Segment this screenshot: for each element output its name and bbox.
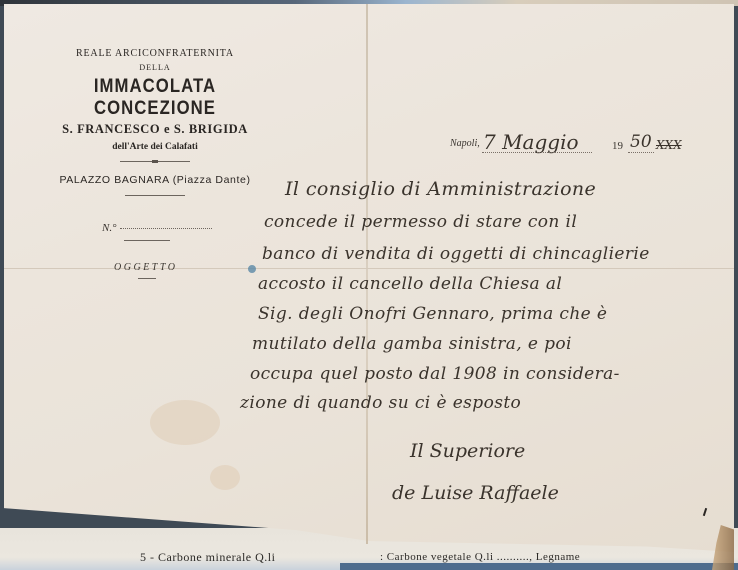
letterhead: REALE ARCICONFRATERNITA DELLA IMMACOLATA… [20,48,290,196]
ornamental-divider [120,161,190,162]
body-line: banco di vendita di oggetti di chincagli… [262,244,650,264]
date-blank [482,152,592,153]
body-line: accosto il cancello della Chiesa al [258,274,562,294]
water-stain [210,465,240,490]
body-line: occupa quel posto dal 1908 in considera- [250,364,620,384]
underlying-sheet-text-right: : Carbone vegetale Q.li .........., Legn… [380,551,580,563]
date-struck-era: XXX [656,138,682,152]
letterhead-saints: S. FRANCESCO e S. BRIGIDA [20,122,290,137]
letterhead-guild: dell'Arte dei Calafati [20,142,290,152]
number-blank [120,228,212,229]
number-field: N.° [102,222,212,234]
body-line: zione di quando su ci è esposto [240,393,521,413]
body-line: Sig. degli Onofri Gennaro, prima che è [258,304,607,324]
date-year-blank [628,152,654,153]
letterhead-line2: DELLA [20,63,290,72]
divider [124,240,170,241]
date-place: Napoli, [450,138,480,149]
divider [125,195,185,196]
date-year-prefix: 19 [612,140,623,152]
water-stain [150,400,220,445]
date-year-handwritten: 50 [630,132,652,152]
underlying-sheet-text-left: 5 - Carbone minerale Q.li [140,550,275,565]
ink-spot [248,265,256,273]
letterhead-line1: REALE ARCICONFRATERNITA [20,48,290,59]
date-day-month: 7 Maggio [483,130,579,154]
signature-title: Il Superiore [410,440,525,462]
body-line: Il consiglio di Amministrazione [285,178,596,200]
body-line: mutilato della gamba sinistra, e poi [252,334,572,354]
letterhead-address: PALAZZO BAGNARA (Piazza Dante) [20,174,290,186]
divider [138,278,156,279]
signature-name: de Luise Raffaele [392,482,559,504]
body-line: concede il permesso di stare con il [264,212,577,232]
blue-fabric-edge [340,563,738,570]
number-label: N.° [102,222,117,234]
subject-label: OGGETTO [114,262,177,273]
letterhead-title: IMMACOLATA CONCEZIONE [36,76,274,120]
